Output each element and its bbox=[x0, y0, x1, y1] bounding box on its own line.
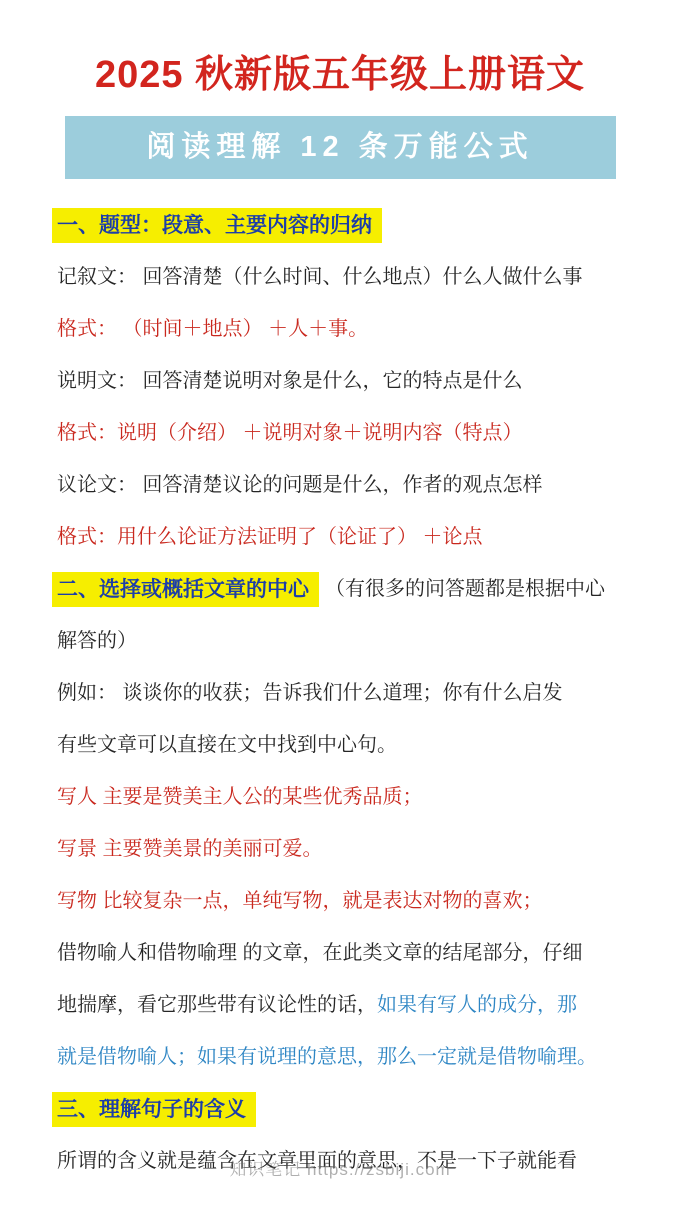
text-line: 说明文： 回答清楚说明对象是什么，它的特点是什么 bbox=[57, 355, 630, 407]
text-span: 例如： 谈谈你的收获；告诉我们什么道理；你有什么启发 bbox=[57, 682, 563, 704]
text-span: 格式：说明（介绍） ＋说明对象＋说明内容（特点） bbox=[57, 422, 523, 444]
text-span: 格式： （时间＋地点） ＋人＋事。 bbox=[57, 318, 368, 340]
text-line: 就是借物喻人；如果有说理的意思，那么一定就是借物喻理。 bbox=[57, 1031, 630, 1083]
text-line: 记叙文： 回答清楚（什么时间、什么地点）什么人做什么事 bbox=[57, 251, 630, 303]
watermark: 知识笔记 https://zsbiji.com bbox=[0, 1155, 680, 1180]
text-span: 说明文： 回答清楚说明对象是什么，它的特点是什么 bbox=[57, 370, 523, 392]
text-line: 格式：说明（介绍） ＋说明对象＋说明内容（特点） bbox=[57, 407, 630, 459]
text-line: 地揣摩，看它那些带有议论性的话，如果有写人的成分，那 bbox=[57, 979, 630, 1031]
text-span: 地揣摩，看它那些带有议论性的话， bbox=[57, 994, 377, 1016]
section-heading-highlight: 二、选择或概括文章的中心 bbox=[52, 572, 319, 607]
section-heading-highlight: 三、理解句子的含义 bbox=[52, 1092, 256, 1127]
text-span: 写物 比较复杂一点，单纯写物，就是表达对物的喜欢； bbox=[57, 890, 543, 912]
text-span: 借物喻人和借物喻理 的文章，在此类文章的结尾部分，仔细 bbox=[57, 942, 583, 964]
page-title: 2025 秋新版五年级上册语文 bbox=[0, 52, 680, 98]
text-line: 写景 主要赞美景的美丽可爱。 bbox=[57, 823, 630, 875]
section-heading-row: 三、理解句子的含义 bbox=[57, 1083, 630, 1135]
text-span: 格式：用什么论证方法证明了（论证了） ＋论点 bbox=[57, 526, 483, 548]
text-line: 例如： 谈谈你的收获；告诉我们什么道理；你有什么启发 bbox=[57, 667, 630, 719]
text-line: 借物喻人和借物喻理 的文章，在此类文章的结尾部分，仔细 bbox=[57, 927, 630, 979]
text-line: 格式：用什么论证方法证明了（论证了） ＋论点 bbox=[57, 511, 630, 563]
section-heading-row: 一、题型：段意、主要内容的归纳 bbox=[57, 199, 630, 251]
text-span: 解答的） bbox=[57, 630, 137, 652]
section-heading-row: 二、选择或概括文章的中心（有很多的问答题都是根据中心 bbox=[57, 563, 630, 615]
text-span: 写景 主要赞美景的美丽可爱。 bbox=[57, 838, 323, 860]
text-line: 解答的） bbox=[57, 615, 630, 667]
text-span: 如果有写人的成分，那 bbox=[377, 994, 577, 1016]
content: 一、题型：段意、主要内容的归纳记叙文： 回答清楚（什么时间、什么地点）什么人做什… bbox=[57, 199, 630, 1187]
text-span: 写人 主要是赞美主人公的某些优秀品质； bbox=[57, 786, 423, 808]
text-line: 写人 主要是赞美主人公的某些优秀品质； bbox=[57, 771, 630, 823]
banner: 阅读理解 12 条万能公式 bbox=[65, 116, 616, 179]
text-span: 就是借物喻人；如果有说理的意思，那么一定就是借物喻理。 bbox=[57, 1046, 597, 1068]
text-span: 议论文： 回答清楚议论的问题是什么，作者的观点怎样 bbox=[57, 474, 543, 496]
text-line: 格式： （时间＋地点） ＋人＋事。 bbox=[57, 303, 630, 355]
section-heading-suffix: （有很多的问答题都是根据中心 bbox=[325, 578, 605, 600]
section-heading-highlight: 一、题型：段意、主要内容的归纳 bbox=[52, 208, 382, 243]
text-line: 议论文： 回答清楚议论的问题是什么，作者的观点怎样 bbox=[57, 459, 630, 511]
text-line: 写物 比较复杂一点，单纯写物，就是表达对物的喜欢； bbox=[57, 875, 630, 927]
text-span: 有些文章可以直接在文中找到中心句。 bbox=[57, 734, 397, 756]
text-span: 记叙文： 回答清楚（什么时间、什么地点）什么人做什么事 bbox=[57, 266, 583, 288]
text-line: 有些文章可以直接在文中找到中心句。 bbox=[57, 719, 630, 771]
